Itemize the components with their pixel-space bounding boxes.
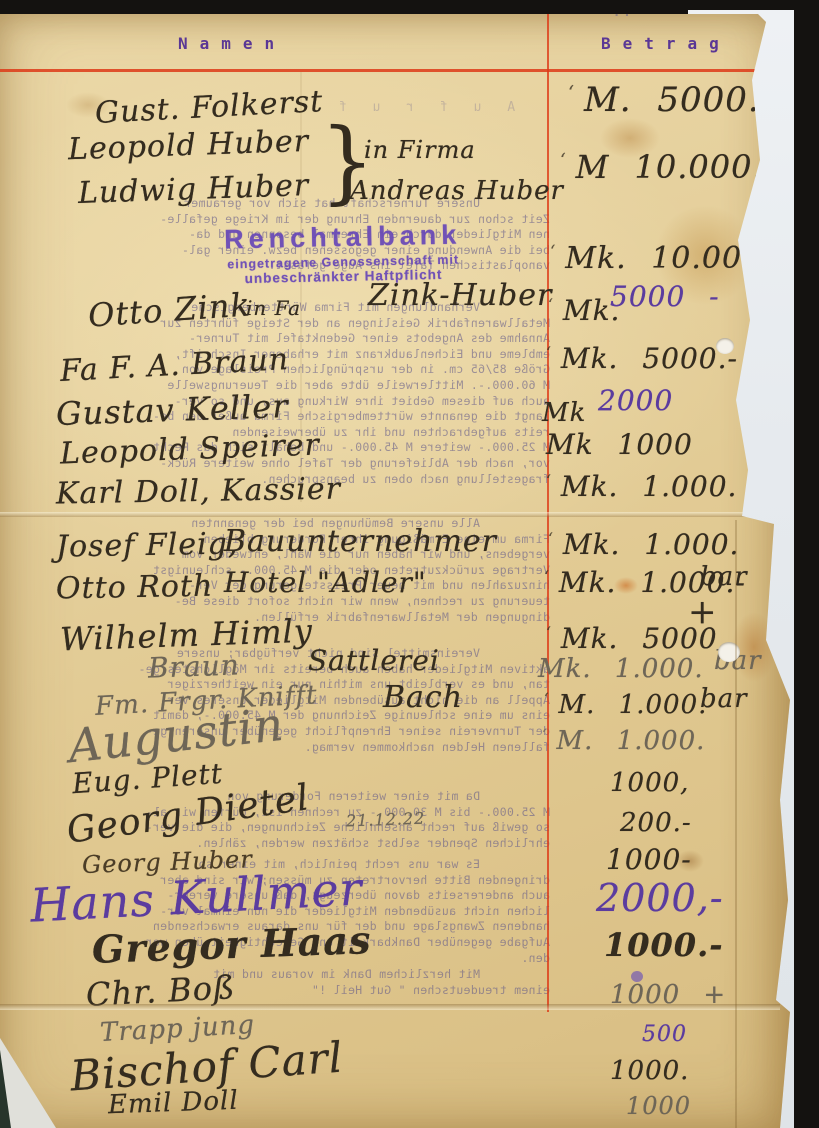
entry-amount-value: 2000 xyxy=(598,384,673,417)
entry-name: Chr. Boß xyxy=(85,968,236,1014)
entry-amount: 1000, xyxy=(610,768,689,798)
entry-name-2: Bauunternehmer xyxy=(224,524,497,559)
entry-amount: Mk xyxy=(542,398,586,428)
entry-amount: Mk. 1.000. xyxy=(538,654,704,684)
entry-amount: 500 xyxy=(642,1022,687,1047)
paper-sheet: Unsere Turnerschaft hat sich vor geraume… xyxy=(0,0,794,1128)
entry-name: Gustav Keller xyxy=(55,387,289,433)
entry-name-2: Hotel "Adler" xyxy=(224,566,427,599)
entry-amount: 1000- xyxy=(606,843,692,876)
entry-amount: M. 1.000. xyxy=(544,690,707,720)
entry-amount: Mk. 1.000. xyxy=(548,528,739,561)
firm-note-line1: in Firma xyxy=(364,136,476,164)
entry-name: Braun xyxy=(147,648,240,684)
date-note: 21.12.22 xyxy=(346,809,426,831)
entry-firm-note: in Fa xyxy=(246,296,301,320)
entry-name: Josef Fleig, xyxy=(56,526,239,564)
entry-amount: 1000 xyxy=(626,1092,691,1120)
entry-amount: 2000,- xyxy=(596,876,724,920)
entry-amount: Mk. 5000. xyxy=(546,622,728,655)
column-header-namen: Namen xyxy=(178,34,286,53)
paper-hole xyxy=(718,642,740,662)
entry-note-bar: bar xyxy=(700,684,748,714)
entry-name-2: Sattlerei xyxy=(308,644,440,677)
red-rule-horizontal xyxy=(0,69,770,72)
entry-amount: Mk. 1.000. xyxy=(546,470,737,503)
entry-amount: M. 5000.- xyxy=(568,80,772,120)
entry-amount: M 10.000.- xyxy=(560,148,775,186)
bleedthrough-oppenau: Oppenau. xyxy=(556,1,639,17)
entry-amount: 1000. xyxy=(610,1056,689,1086)
entry-name-2: Bach xyxy=(383,680,463,715)
entry-note-bar: bar xyxy=(700,562,748,592)
entry-amount: 200.- xyxy=(620,808,692,838)
entry-name: Emil Doll xyxy=(108,1086,240,1121)
entry-amount-value: 5000 - xyxy=(610,280,720,313)
purple-ink-dot xyxy=(631,971,643,982)
column-header-betrag: Betrag xyxy=(601,34,731,53)
entry-name-2: Zink-Huber xyxy=(368,278,552,313)
bleedthrough-line: aktiven Mitglieder haben auch bereits ih… xyxy=(8,662,550,678)
entry-name: Karl Doll, Kassier xyxy=(56,472,342,512)
entry-amount: Mk 1000 xyxy=(546,428,693,461)
entry-amount: 1000 + xyxy=(610,980,726,1010)
entry-name: Otto Roth xyxy=(56,569,214,607)
entry-amount: M. 1.000. xyxy=(542,726,705,756)
entry-amount: 1000.- xyxy=(604,926,723,964)
scanned-document: Unsere Turnerschaft hat sich vor geraume… xyxy=(0,0,819,1128)
red-rule-vertical xyxy=(547,14,549,1012)
paper-hole xyxy=(716,338,734,354)
entry-amount: Mk. 5000.- xyxy=(546,342,738,375)
firm-note-line2: Andreas Huber xyxy=(350,176,564,206)
